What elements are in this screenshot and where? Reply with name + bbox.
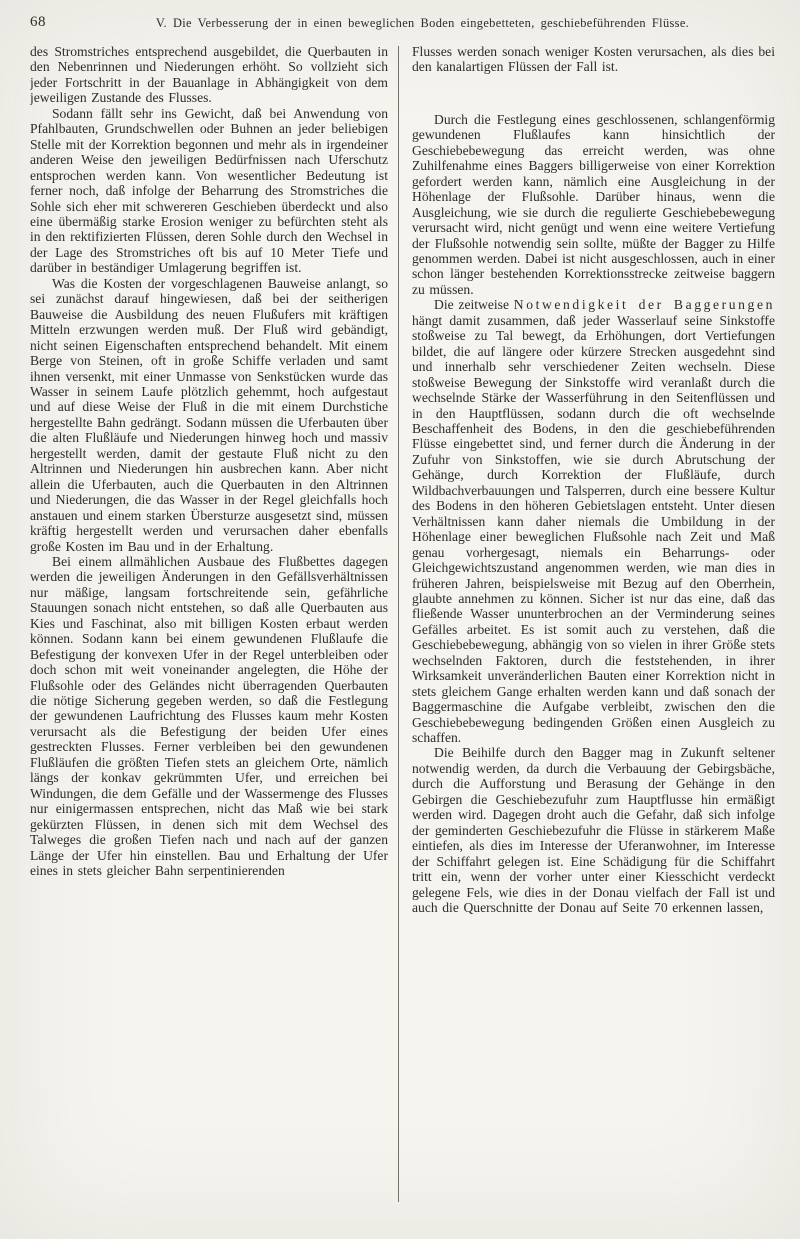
- book-page: 68 V. Die Verbesserung der in einen bewe…: [0, 0, 800, 1239]
- paragraph: Durch die Festlegung eines geschlossenen…: [412, 112, 775, 297]
- text-columns: des Stromstriches entsprechend ausgebild…: [0, 42, 800, 1212]
- left-column: des Stromstriches entsprechend ausgebild…: [30, 44, 398, 1212]
- right-column: Flusses werden sonach weniger Kosten ver…: [399, 44, 775, 1212]
- paragraph: Was die Kosten der vorgeschlagenen Bauwe…: [30, 276, 388, 554]
- paragraph: Sodann fällt sehr ins Gewicht, daß bei A…: [30, 106, 388, 276]
- page-number: 68: [30, 14, 46, 31]
- paragraph-rest-text: hängt damit zusammen, daß jeder Wasserla…: [412, 313, 775, 745]
- running-head: 68 V. Die Verbesserung der in einen bewe…: [0, 0, 800, 42]
- paragraph-lead-text: Die zeitweise: [434, 297, 514, 312]
- paragraph: Die zeitweise Notwendigkeit der Baggerun…: [412, 297, 775, 745]
- chapter-running-title: V. Die Verbesserung der in einen bewegli…: [0, 16, 800, 31]
- paragraph: des Stromstriches entsprechend ausgebild…: [30, 44, 388, 106]
- paragraph: Flusses werden sonach weniger Kosten ver…: [412, 44, 775, 75]
- paragraph: Die Beihilfe durch den Bagger mag in Zuk…: [412, 745, 775, 915]
- letterspaced-emphasis-text: Notwendigkeit der Baggerungen: [514, 297, 775, 312]
- paragraph: Bei einem allmählichen Ausbaue des Flußb…: [30, 554, 388, 879]
